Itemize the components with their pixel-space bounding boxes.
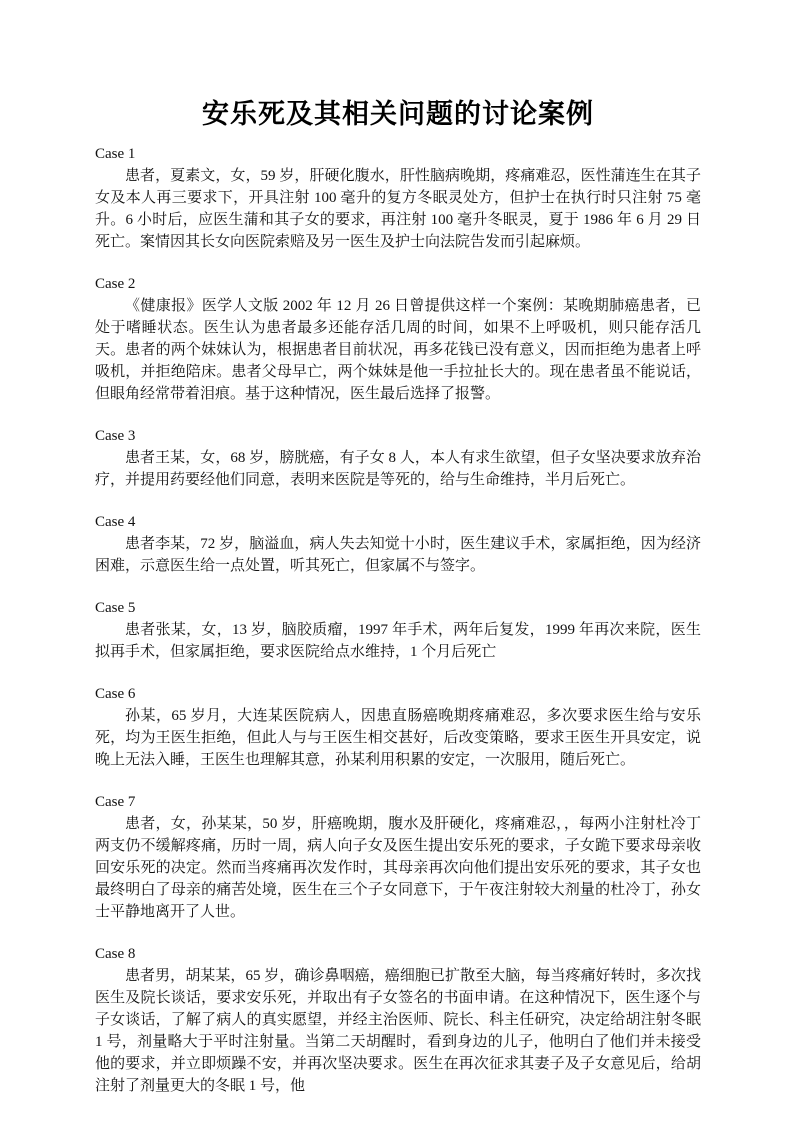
case-paragraph: 患者王某，女，68 岁，膀胱癌，有子女 8 人，本人有求生欲望，但子女坚决要求放…	[95, 447, 701, 491]
case-section-4: Case 4 患者李某，72 岁，脑溢血，病人失去知觉十小时，医生建议手术，家属…	[95, 511, 701, 577]
case-label: Case 1	[95, 143, 701, 165]
case-label: Case 5	[95, 597, 701, 619]
case-section-1: Case 1 患者，夏素文，女，59 岁，肝硬化腹水，肝性脑病晚期，疼痛难忍，医…	[95, 143, 701, 253]
case-section-2: Case 2 《健康报》医学人文版 2002 年 12 月 26 日曾提供这样一…	[95, 273, 701, 405]
page-title: 安乐死及其相关问题的讨论案例	[95, 96, 701, 132]
case-label: Case 7	[95, 791, 701, 813]
case-label: Case 3	[95, 425, 701, 447]
case-section-7: Case 7 患者，女，孙某某，50 岁，肝癌晚期，腹水及肝硬化，疼痛难忍，，每…	[95, 791, 701, 923]
case-label: Case 2	[95, 273, 701, 295]
case-label: Case 4	[95, 511, 701, 533]
case-paragraph: 《健康报》医学人文版 2002 年 12 月 26 日曾提供这样一个案例：某晚期…	[95, 295, 701, 405]
case-section-3: Case 3 患者王某，女，68 岁，膀胱癌，有子女 8 人，本人有求生欲望，但…	[95, 425, 701, 491]
case-label: Case 6	[95, 683, 701, 705]
case-paragraph: 患者张某，女，13 岁，脑胶质瘤，1997 年手术，两年后复发，1999 年再次…	[95, 619, 701, 663]
case-paragraph: 患者，夏素文，女，59 岁，肝硬化腹水，肝性脑病晚期，疼痛难忍，医性蒲连生在其子…	[95, 165, 701, 253]
case-section-8: Case 8 患者男，胡某某，65 岁，确诊鼻咽癌，癌细胞已扩散至大脑，每当疼痛…	[95, 943, 701, 1097]
case-section-6: Case 6 孙某，65 岁月，大连某医院病人，因患直肠癌晚期疼痛难忍，多次要求…	[95, 683, 701, 771]
case-label: Case 8	[95, 943, 701, 965]
document-page: 安乐死及其相关问题的讨论案例 Case 1 患者，夏素文，女，59 岁，肝硬化腹…	[0, 0, 793, 1122]
case-paragraph: 孙某，65 岁月，大连某医院病人，因患直肠癌晚期疼痛难忍，多次要求医生给与安乐死…	[95, 705, 701, 771]
case-section-5: Case 5 患者张某，女，13 岁，脑胶质瘤，1997 年手术，两年后复发，1…	[95, 597, 701, 663]
case-paragraph: 患者，女，孙某某，50 岁，肝癌晚期，腹水及肝硬化，疼痛难忍，，每两小注射杜冷丁…	[95, 813, 701, 923]
case-paragraph: 患者男，胡某某，65 岁，确诊鼻咽癌，癌细胞已扩散至大脑，每当疼痛好转时，多次找…	[95, 965, 701, 1097]
case-paragraph: 患者李某，72 岁，脑溢血，病人失去知觉十小时，医生建议手术，家属拒绝，因为经济…	[95, 533, 701, 577]
